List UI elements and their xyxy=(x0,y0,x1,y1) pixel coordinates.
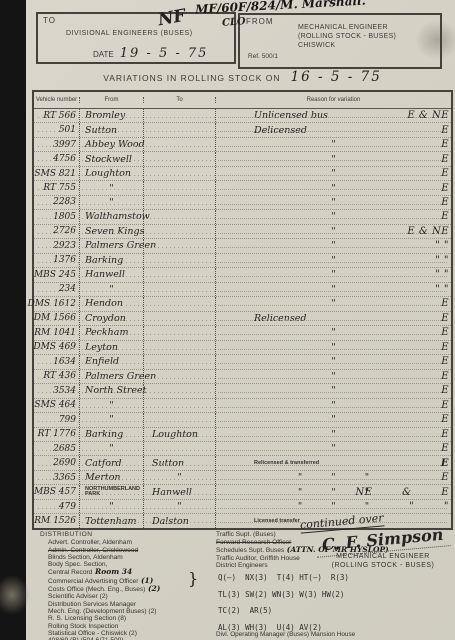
ref-number: Ref. 500/1 xyxy=(248,53,278,60)
dotted-leader xyxy=(220,160,447,161)
cell-vehicle-number: 1805 xyxy=(34,210,80,223)
distribution-title: DISTRIBUTION xyxy=(40,531,208,538)
cell-reason: "E xyxy=(216,181,451,194)
cell-reason: " " "NE & E xyxy=(216,485,451,498)
cell-region-code: E xyxy=(441,297,449,310)
cell-reason: "E xyxy=(216,167,451,180)
dotted-leader xyxy=(220,175,447,176)
table-row: 799""E xyxy=(34,413,451,427)
cell-region-code: E xyxy=(441,326,449,339)
dotted-leader xyxy=(220,407,447,408)
cell-to xyxy=(144,399,216,412)
title-date-handwritten: 16 - 5 - 75 xyxy=(291,69,382,85)
cell-reason: "E xyxy=(216,384,451,397)
cell-vehicle-number: 1376 xyxy=(34,254,80,267)
dotted-leader xyxy=(220,465,447,466)
cell-vehicle-number: RM 1526 xyxy=(34,514,80,527)
cell-region-code: E xyxy=(441,399,449,412)
dotted-leader xyxy=(220,276,447,277)
distribution-line: Statistical Office - Chiswick (2) xyxy=(48,630,208,637)
cell-to xyxy=(144,167,216,180)
cell-region-code: E xyxy=(441,413,449,426)
cell-vehicle-number: 3997 xyxy=(34,138,80,151)
cell-vehicle-number: 2690 xyxy=(34,456,80,469)
cell-region-code: E xyxy=(441,196,449,209)
dotted-leader xyxy=(220,363,447,364)
code-line: Q(–) NX(3) T(4) HT(–) R(3) xyxy=(218,570,349,587)
table-row: 3365Merton"" " "E xyxy=(34,471,451,485)
cell-region-code: " " xyxy=(435,268,449,281)
distribution-line: Blinds Section, Aldenham xyxy=(48,554,208,561)
dotted-leader xyxy=(220,291,447,292)
cell-to: Sutton xyxy=(144,456,216,469)
distribution-list: DISTRIBUTION Advert. Controller, Aldenha… xyxy=(40,531,208,640)
cell-to xyxy=(144,196,216,209)
document-title: VARIATIONS IN ROLLING STOCK ON16 - 5 - 7… xyxy=(32,68,453,86)
dotted-leader xyxy=(220,305,447,306)
table-row: 1805Walthamstow"E xyxy=(34,210,451,224)
cell-vehicle-number: RT 1776 xyxy=(34,428,80,441)
from-line-3: CHISWICK xyxy=(298,41,396,50)
cell-vehicle-number: MBS 457 xyxy=(34,485,80,498)
cell-region-code: E & NE xyxy=(407,109,449,122)
cell-from: " xyxy=(80,500,144,513)
cell-to xyxy=(144,355,216,368)
table-row: DMS 469Leyton"E xyxy=(34,341,451,355)
cell-from: " xyxy=(80,283,144,296)
cell-vehicle-number: SMS 821 xyxy=(34,167,80,180)
cell-to xyxy=(144,341,216,354)
variations-table: Vehicle number From To Reason for variat… xyxy=(32,90,453,530)
date-row: DATE19 - 5 - 75 xyxy=(93,46,208,61)
dotted-leader xyxy=(220,189,447,190)
cell-to xyxy=(144,370,216,383)
distribution-line: Scientific Adviser (2) xyxy=(48,593,208,600)
date-label: DATE xyxy=(93,50,114,59)
table-row: 2726Seven Kings"E & NE xyxy=(34,225,451,239)
dotted-leader xyxy=(220,320,447,321)
cell-vehicle-number: 501 xyxy=(34,123,80,136)
cell-from: Stockwell xyxy=(80,152,144,165)
table-header-row: Vehicle number From To Reason for variat… xyxy=(34,92,451,109)
to-label: TO xyxy=(43,16,56,25)
signatory-title-2: (ROLLING STOCK - BUSES) xyxy=(316,561,450,570)
cell-reason: "E xyxy=(216,210,451,223)
cell-region-code: E xyxy=(441,181,449,194)
cell-reason: "E xyxy=(216,196,451,209)
table-row: 3534North Street"E xyxy=(34,384,451,398)
table-row: RT 566BromleyUnlicensed busE & NE xyxy=(34,109,451,123)
cell-vehicle-number: 799 xyxy=(34,413,80,426)
code-line: TC(2) AR(5) xyxy=(218,603,349,620)
cell-region-code: E xyxy=(441,384,449,397)
cell-from: Croydon xyxy=(80,312,144,325)
distribution-line: Commercial Advertising Officer (1) xyxy=(48,577,208,585)
distribution-line: Admin. Controller, Cricklewood xyxy=(48,547,208,554)
cell-from: Tottenham xyxy=(80,514,144,527)
cell-region-code: E xyxy=(441,442,449,455)
cell-reason: Unlicensed busE & NE xyxy=(216,109,451,122)
table-row: 2685""E xyxy=(34,442,451,456)
cell-to xyxy=(144,413,216,426)
dotted-leader xyxy=(220,131,447,132)
cell-to xyxy=(144,181,216,194)
cell-from: Barking xyxy=(80,428,144,441)
cell-reason: "" " xyxy=(216,283,451,296)
cell-to: Dalston xyxy=(144,514,216,527)
cell-reason: "E xyxy=(216,370,451,383)
cell-region-code: E xyxy=(441,370,449,383)
cell-from: Palmers Green xyxy=(80,239,144,252)
cell-from: " xyxy=(80,196,144,209)
cell-to xyxy=(144,254,216,267)
distribution-line: Rolling Stock Inspection xyxy=(48,623,208,630)
dotted-leader xyxy=(220,247,447,248)
cell-to xyxy=(144,123,216,136)
table-row: 479""" " "" " xyxy=(34,500,451,514)
table-row: 1376Barking"" " xyxy=(34,254,451,268)
dotted-leader xyxy=(220,218,447,219)
cell-from: Hanwell xyxy=(80,268,144,281)
scanned-memo-page: TO DIVISIONAL ENGINEERS (BUSES) DATE19 -… xyxy=(0,0,455,640)
cell-reason: "E xyxy=(216,399,451,412)
table-row: 3997Abbey Wood"E xyxy=(34,138,451,152)
cell-vehicle-number: RT 755 xyxy=(34,181,80,194)
dotted-leader xyxy=(220,334,447,335)
cell-vehicle-number: SMS 464 xyxy=(34,399,80,412)
table-row: DM 1566CroydonRelicensedE xyxy=(34,312,451,326)
cell-reason: "E xyxy=(216,341,451,354)
table-row: RM 1526TottenhamDalstonLicensed transfer xyxy=(34,514,451,527)
cell-reason: RelicensedE xyxy=(216,312,451,325)
cell-vehicle-number: RT 436 xyxy=(34,370,80,383)
table-row: 501SuttonDelicensedE xyxy=(34,123,451,137)
table-row: 2923Palmers Green"" " xyxy=(34,239,451,253)
cell-region-code: E xyxy=(441,312,449,325)
dotted-leader xyxy=(220,421,447,422)
clo-scrawl: CLO xyxy=(222,16,246,29)
cell-reason: " " "E xyxy=(216,471,451,484)
cell-reason: "" " xyxy=(216,254,451,267)
cell-to xyxy=(144,239,216,252)
cell-to xyxy=(144,326,216,339)
cell-region-code: E xyxy=(441,341,449,354)
cell-from: NORTHUMBERLAND PARK xyxy=(80,485,144,498)
cell-region-code: E xyxy=(441,471,449,484)
distribution-line: Advert. Controller, Aldenham xyxy=(48,539,208,546)
cell-to: Loughton xyxy=(144,428,216,441)
cell-reason: "E xyxy=(216,355,451,368)
cell-vehicle-number: DMS 1612 xyxy=(34,297,80,310)
cell-reason: "" " xyxy=(216,239,451,252)
cell-vehicle-number: 3534 xyxy=(34,384,80,397)
cell-to: " xyxy=(144,471,216,484)
cell-region-code: " " xyxy=(435,254,449,267)
to-addressee: DIVISIONAL ENGINEERS (BUSES) xyxy=(66,30,193,37)
cell-from: Seven Kings xyxy=(80,225,144,238)
table-row: MBS 457NORTHUMBERLAND PARKHanwell" " "NE… xyxy=(34,485,451,499)
cell-region-code: E xyxy=(441,138,449,151)
cell-to xyxy=(144,297,216,310)
operating-manager-line: Divl. Operating Manager (Buses) Mansion … xyxy=(216,631,355,638)
cell-reason: Relicensed & transferredE xyxy=(216,456,451,469)
cell-vehicle-number: 4756 xyxy=(34,152,80,165)
scan-edge-smudge xyxy=(0,575,30,615)
to-address-box: TO DIVISIONAL ENGINEERS (BUSES) DATE19 -… xyxy=(36,12,236,64)
cell-from: Sutton xyxy=(80,123,144,136)
dotted-leader xyxy=(220,479,447,480)
cell-from: Leyton xyxy=(80,341,144,354)
cell-reason: "E xyxy=(216,326,451,339)
cell-region-code: E xyxy=(441,456,449,469)
distribution-line: Costs Office (Mech. Eng., Buses) (2) xyxy=(48,585,208,593)
cell-vehicle-number: 2726 xyxy=(34,225,80,238)
from-line-2: (ROLLING STOCK - BUSES) xyxy=(298,32,396,41)
cell-to xyxy=(144,442,216,455)
table-row: 2690CatfordSuttonRelicensed & transferre… xyxy=(34,456,451,470)
dotted-leader xyxy=(220,450,447,451)
dotted-leader xyxy=(220,436,447,437)
cell-from: " xyxy=(80,442,144,455)
cell-vehicle-number: RM 1041 xyxy=(34,326,80,339)
date-handwritten: 19 - 5 - 75 xyxy=(120,46,209,61)
table-row: SMS 821Loughton"E xyxy=(34,167,451,181)
dotted-leader xyxy=(220,378,447,379)
cell-region-code: E xyxy=(441,152,449,165)
cell-region-code: " " xyxy=(435,283,449,296)
cell-to xyxy=(144,312,216,325)
cell-to xyxy=(144,152,216,165)
dotted-leader xyxy=(220,392,447,393)
table-row: DMS 1612Hendon"E xyxy=(34,297,451,311)
cell-from: " xyxy=(80,181,144,194)
dotted-leader xyxy=(220,146,447,147)
from-label: FROM xyxy=(246,17,274,26)
cell-reason: "E xyxy=(216,413,451,426)
cell-vehicle-number: MBS 245 xyxy=(34,268,80,281)
table-row: 4756Stockwell"E xyxy=(34,152,451,166)
handwritten-note: Room 34 xyxy=(92,567,132,576)
signature-block: C. F. Simpson MECHANICAL ENGINEER (ROLLI… xyxy=(316,530,450,570)
cell-reason: "E xyxy=(216,152,451,165)
cell-region-code: E xyxy=(441,355,449,368)
cell-from: Catford xyxy=(80,456,144,469)
cell-reason: "E xyxy=(216,138,451,151)
table-row: 1634Enfield"E xyxy=(34,355,451,369)
cell-to xyxy=(144,283,216,296)
cell-reason: "" " xyxy=(216,268,451,281)
distribution-line: Mech. Eng. (Development Buses) (2) xyxy=(48,608,208,615)
dotted-leader xyxy=(220,349,447,350)
cell-to: Hanwell xyxy=(144,485,216,498)
table-row: RM 1041Peckham"E xyxy=(34,326,451,340)
cell-reason: "E xyxy=(216,428,451,441)
distribution-lines: Advert. Controller, AldenhamAdmin. Contr… xyxy=(40,539,208,640)
cell-from: Hendon xyxy=(80,297,144,310)
table-row: MBS 245Hanwell"" " xyxy=(34,268,451,282)
cell-vehicle-number: 2283 xyxy=(34,196,80,209)
table-row: 2283""E xyxy=(34,196,451,210)
cell-from: " xyxy=(80,413,144,426)
cell-vehicle-number: DMS 469 xyxy=(34,341,80,354)
cell-vehicle-number: 479 xyxy=(34,500,80,513)
cell-to xyxy=(144,109,216,122)
col-header-to: To xyxy=(144,97,216,103)
cell-region-code: " " xyxy=(435,239,449,252)
cell-vehicle-number: 1634 xyxy=(34,355,80,368)
table-row: 234""" " xyxy=(34,283,451,297)
cell-region-code: E xyxy=(441,167,449,180)
cell-to: " xyxy=(144,500,216,513)
cell-reason: "E xyxy=(216,297,451,310)
cell-to xyxy=(144,225,216,238)
cell-from: Loughton xyxy=(80,167,144,180)
table-row: RT 755""E xyxy=(34,181,451,195)
table-row: RT 1776BarkingLoughton"E xyxy=(34,428,451,442)
cell-region-code: E xyxy=(441,210,449,223)
cell-to xyxy=(144,384,216,397)
cell-from: Bromley xyxy=(80,109,144,122)
cell-vehicle-number: RT 566 xyxy=(34,109,80,122)
cell-from: North Street xyxy=(80,384,144,397)
cell-from: " xyxy=(80,399,144,412)
cell-reason: "E & NE xyxy=(216,225,451,238)
cell-from: Abbey Wood xyxy=(80,138,144,151)
title-printed: VARIATIONS IN ROLLING STOCK ON xyxy=(103,73,280,83)
col-header-from: From xyxy=(80,97,144,103)
cell-from: Barking xyxy=(80,254,144,267)
cell-vehicle-number: 2685 xyxy=(34,442,80,455)
cell-region-code: E xyxy=(441,428,449,441)
table-row: SMS 464""E xyxy=(34,399,451,413)
cell-to xyxy=(144,210,216,223)
code-line: TL(3) SW(2) WN(3) W(3) HW(2) xyxy=(218,587,349,604)
cell-from: Enfield xyxy=(80,355,144,368)
table-row: RT 436Palmers Green"E xyxy=(34,370,451,384)
cell-reason: " " "" " xyxy=(216,500,451,513)
handwritten-brace: } xyxy=(188,575,198,582)
cell-reason: "E xyxy=(216,442,451,455)
cell-to xyxy=(144,138,216,151)
distribution-line: R. S. Licensing Section (8) xyxy=(48,615,208,622)
handwritten-note: (2) xyxy=(145,584,160,593)
cell-vehicle-number: DM 1566 xyxy=(34,312,80,325)
col-header-reason: Reason for variation xyxy=(216,97,451,103)
cell-region-code: E & NE xyxy=(407,225,449,238)
cell-vehicle-number: 2923 xyxy=(34,239,80,252)
distribution-line: Distribution Services Manager xyxy=(48,601,208,608)
cell-from: Peckham xyxy=(80,326,144,339)
from-addressee: MECHANICAL ENGINEER (ROLLING STOCK - BUS… xyxy=(298,23,396,50)
from-address-box: FROM MECHANICAL ENGINEER (ROLLING STOCK … xyxy=(238,13,442,69)
garage-codes: Q(–) NX(3) T(4) HT(–) R(3)TL(3) SW(2) WN… xyxy=(218,570,349,636)
cell-region-code: NE & E xyxy=(355,485,449,498)
cell-from: Merton xyxy=(80,471,144,484)
cell-vehicle-number: 3365 xyxy=(34,471,80,484)
from-line-1: MECHANICAL ENGINEER xyxy=(298,23,396,32)
dotted-leader xyxy=(220,204,447,205)
cell-region-code: " " xyxy=(409,500,449,513)
distribution-line: Central Record Room 34 xyxy=(48,568,208,576)
cell-from: Palmers Green xyxy=(80,370,144,383)
dotted-leader xyxy=(220,262,447,263)
cell-reason: DelicensedE xyxy=(216,123,451,136)
cell-region-code: E xyxy=(441,123,449,136)
cell-to xyxy=(144,268,216,281)
cell-from: Walthamstow xyxy=(80,210,144,223)
cell-vehicle-number: 234 xyxy=(34,283,80,296)
col-header-vehicle-number: Vehicle number xyxy=(34,97,80,103)
